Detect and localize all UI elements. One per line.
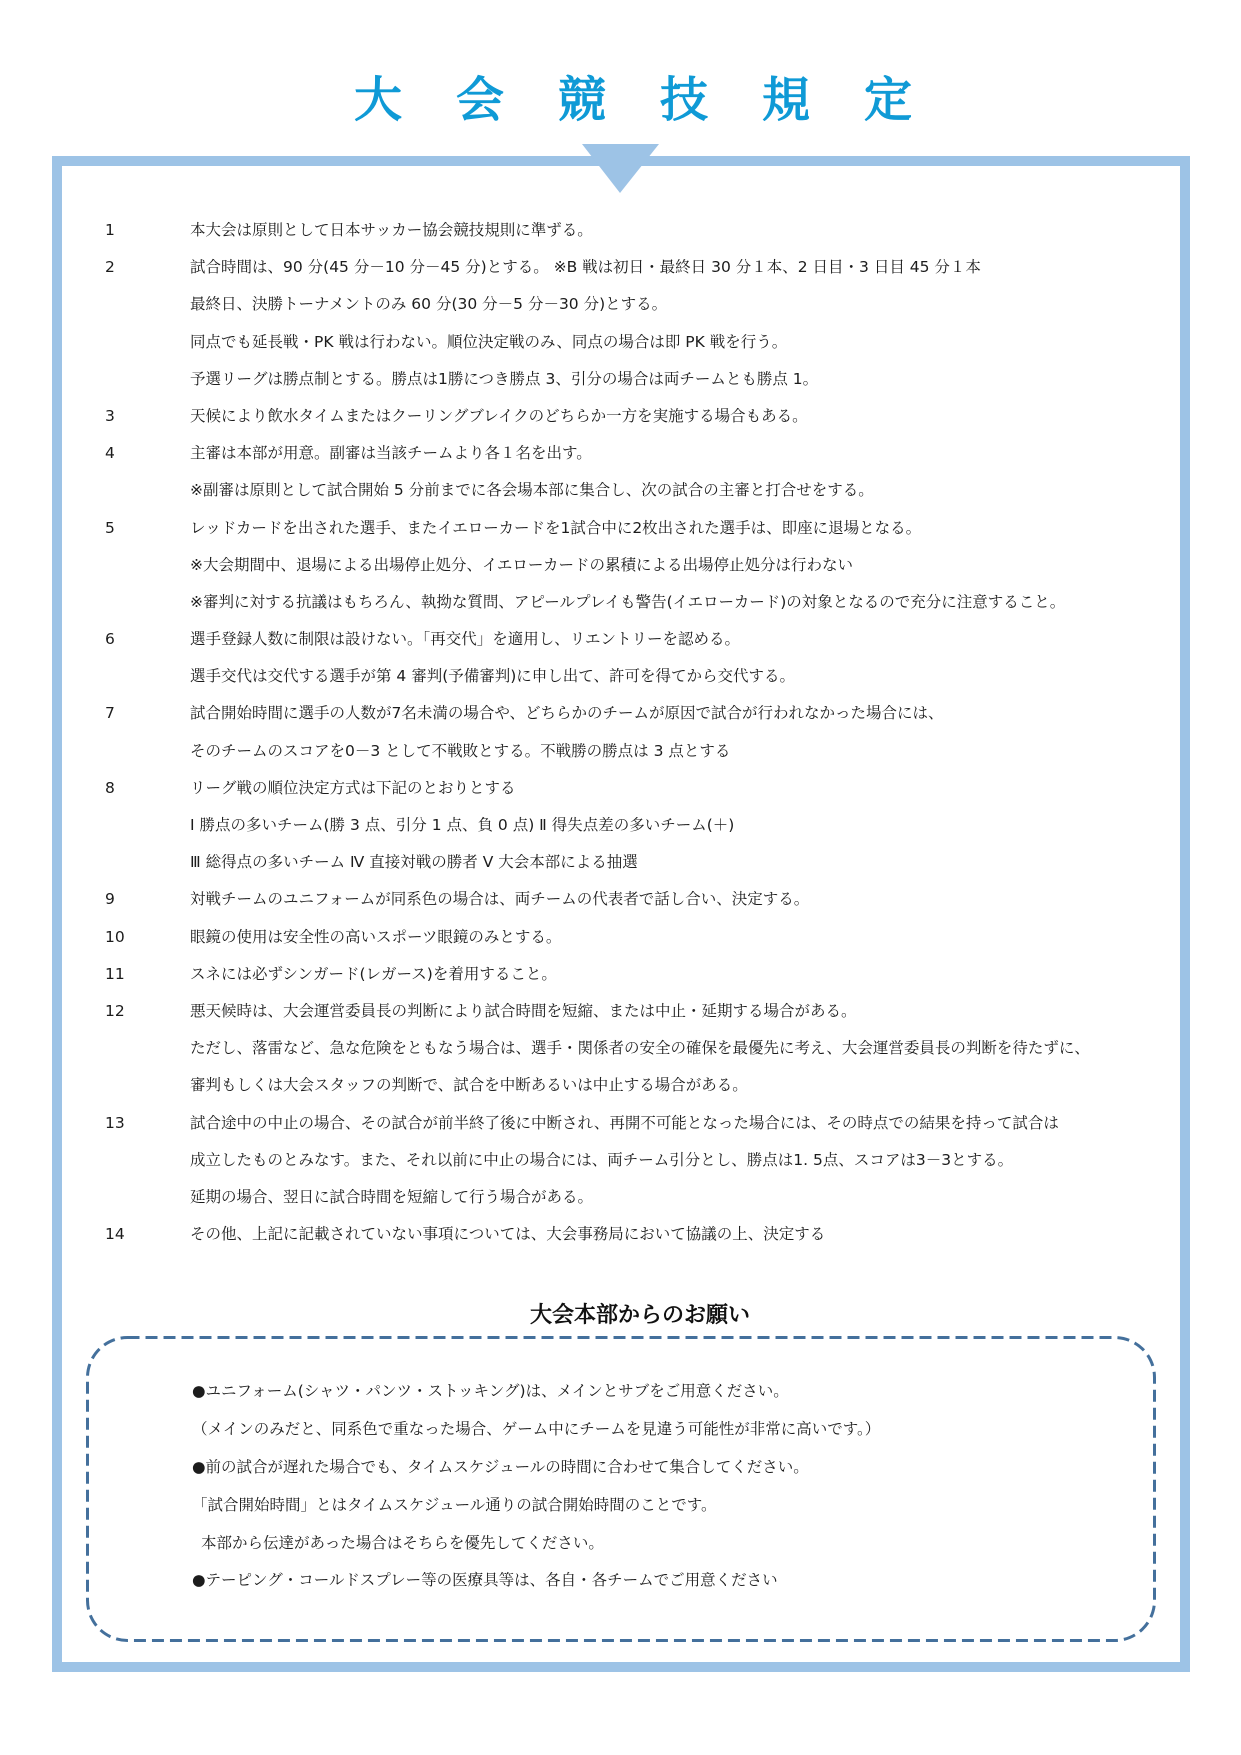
rule-3: 3 天候により飲水タイムまたはクーリングブレイクのどちらか一方を実施する場合もあ… (105, 398, 1165, 435)
rule-number: 11 (105, 956, 190, 993)
rule-number: 5 (105, 510, 190, 547)
rule-text: 眼鏡の使用は安全性の高いスポーツ眼鏡のみとする。 (190, 919, 1165, 956)
notice-heading: 大会本部からのお願い (480, 1302, 800, 1330)
rule-number: 9 (105, 881, 190, 918)
rule-number: 2 (105, 249, 190, 286)
rule-9: 9 対戦チームのユニフォームが同系色の場合は、両チームの代表者で話し合い、決定す… (105, 881, 1165, 918)
rule-number: 13 (105, 1105, 190, 1142)
rule-text: 選手交代は交代する選手が第 4 審判(予備審判)に申し出て、許可を得てから交代す… (190, 658, 1165, 695)
rule-number: 1 (105, 212, 190, 249)
notice-item: ●ユニフォーム(シャツ・パンツ・ストッキング)は、メインとサブをご用意ください。 (192, 1373, 1132, 1411)
notice-item: ●テーピング・コールドスプレー等の医療具等は、各自・各チームでご用意ください (192, 1562, 1132, 1600)
rule-1: 1 本大会は原則として日本サッカー協会競技規則に準ずる。 (105, 212, 1165, 249)
rule-text: 対戦チームのユニフォームが同系色の場合は、両チームの代表者で話し合い、決定する。 (190, 881, 1165, 918)
rule-text: 審判もしくは大会スタッフの判断で、試合を中断あるいは中止する場合がある。 (190, 1067, 1165, 1104)
notice-list: ●ユニフォーム(シャツ・パンツ・ストッキング)は、メインとサブをご用意ください。… (192, 1373, 1132, 1600)
rule-text: ※大会期間中、退場による出場停止処分、イエローカードの累積による出場停止処分は行… (190, 547, 1165, 584)
rule-text: 本大会は原則として日本サッカー協会競技規則に準ずる。 (190, 212, 1165, 249)
notice-item: （メインのみだと、同系色で重なった場合、ゲーム中にチームを見違う可能性が非常に高… (192, 1411, 1132, 1449)
rule-14: 14 その他、上記に記載されていない事項については、大会事務局において協議の上、… (105, 1216, 1165, 1253)
rule-text: ただし、落雷など、急な危険をともなう場合は、選手・関係者の安全の確保を最優先に考… (190, 1030, 1165, 1067)
rule-text: 最終日、決勝トーナメントのみ 60 分(30 分－5 分－30 分)とする。 (190, 286, 1165, 323)
rule-text: 主審は本部が用意。副審は当該チームより各１名を出す。 (190, 435, 1165, 472)
rule-number: 7 (105, 695, 190, 732)
notice-item: ●前の試合が遅れた場合でも、タイムスケジュールの時間に合わせて集合してください。 (192, 1449, 1132, 1487)
rule-5: 5 レッドカードを出された選手、またイエローカードを1試合中に2枚出された選手は… (105, 510, 1165, 622)
rule-number: 4 (105, 435, 190, 472)
rule-11: 11 スネには必ずシンガード(レガース)を着用すること。 (105, 956, 1165, 993)
rule-text: 同点でも延長戦・PK 戦は行わない。順位決定戦のみ、同点の場合は即 PK 戦を行… (190, 324, 1165, 361)
rule-text: スネには必ずシンガード(レガース)を着用すること。 (190, 956, 1165, 993)
rule-number: 3 (105, 398, 190, 435)
rule-text: リーグ戦の順位決定方式は下記のとおりとする (190, 770, 1165, 807)
rule-text: 試合時間は、90 分(45 分－10 分－45 分)とする。 ※B 戦は初日・最… (190, 249, 1165, 286)
notice-item: 本部から伝達があった場合はそちらを優先してください。 (192, 1525, 1132, 1563)
rule-4: 4 主審は本部が用意。副審は当該チームより各１名を出す。 ※副審は原則として試合… (105, 435, 1165, 509)
rule-2: 2 試合時間は、90 分(45 分－10 分－45 分)とする。 ※B 戦は初日… (105, 249, 1165, 398)
rule-text: 悪天候時は、大会運営委員長の判断により試合時間を短縮、または中止・延期する場合が… (190, 993, 1165, 1030)
rules-list: 1 本大会は原則として日本サッカー協会競技規則に準ずる。 2 試合時間は、90 … (105, 212, 1165, 1253)
rule-12: 12 悪天候時は、大会運営委員長の判断により試合時間を短縮、または中止・延期する… (105, 993, 1165, 1105)
down-arrow-icon (0, 0, 1241, 210)
rule-text: 成立したものとみなす。また、それ以前に中止の場合には、両チーム引分とし、勝点は1… (190, 1142, 1165, 1179)
rule-text: 試合途中の中止の場合、その試合が前半終了後に中断され、再開不可能となった場合には… (190, 1105, 1165, 1142)
rule-text: ※審判に対する抗議はもちろん、執拗な質問、アピールプレイも警告(イエローカード)… (190, 584, 1165, 621)
rule-text: ※副審は原則として試合開始 5 分前までに各会場本部に集合し、次の試合の主審と打… (190, 472, 1165, 509)
rule-number: 12 (105, 993, 190, 1030)
rule-number: 14 (105, 1216, 190, 1253)
rule-number: 6 (105, 621, 190, 658)
rule-6: 6 選手登録人数に制限は設けない。「再交代」を適用し、リエントリーを認める。 選… (105, 621, 1165, 695)
rule-text: Ⅰ 勝点の多いチーム(勝 3 点、引分 1 点、負 0 点) Ⅱ 得失点差の多い… (190, 807, 1165, 844)
rule-text: 選手登録人数に制限は設けない。「再交代」を適用し、リエントリーを認める。 (190, 621, 1165, 658)
rule-7: 7 試合開始時間に選手の人数が7名未満の場合や、どちらかのチームが原因で試合が行… (105, 695, 1165, 769)
rule-text: 試合開始時間に選手の人数が7名未満の場合や、どちらかのチームが原因で試合が行われ… (190, 695, 1165, 732)
rule-text: 予選リーグは勝点制とする。勝点は1勝につき勝点 3、引分の場合は両チームとも勝点… (190, 361, 1165, 398)
rule-8: 8 リーグ戦の順位決定方式は下記のとおりとする Ⅰ 勝点の多いチーム(勝 3 点… (105, 770, 1165, 882)
rule-text: 天候により飲水タイムまたはクーリングブレイクのどちらか一方を実施する場合もある。 (190, 398, 1165, 435)
rule-number: 8 (105, 770, 190, 807)
rule-10: 10 眼鏡の使用は安全性の高いスポーツ眼鏡のみとする。 (105, 919, 1165, 956)
rule-text: レッドカードを出された選手、またイエローカードを1試合中に2枚出された選手は、即… (190, 510, 1165, 547)
rule-13: 13 試合途中の中止の場合、その試合が前半終了後に中断され、再開不可能となった場… (105, 1105, 1165, 1217)
notice-item: 「試合開始時間」とはタイムスケジュール通りの試合開始時間のことです。 (192, 1487, 1132, 1525)
rule-text: Ⅲ 総得点の多いチーム Ⅳ 直接対戦の勝者 Ⅴ 大会本部による抽選 (190, 844, 1165, 881)
rule-text: 延期の場合、翌日に試合時間を短縮して行う場合がある。 (190, 1179, 1165, 1216)
rule-number: 10 (105, 919, 190, 956)
rule-text: そのチームのスコアを0－3 として不戦敗とする。不戦勝の勝点は 3 点とする (190, 733, 1165, 770)
rule-text: その他、上記に記載されていない事項については、大会事務局において協議の上、決定す… (190, 1216, 1165, 1253)
